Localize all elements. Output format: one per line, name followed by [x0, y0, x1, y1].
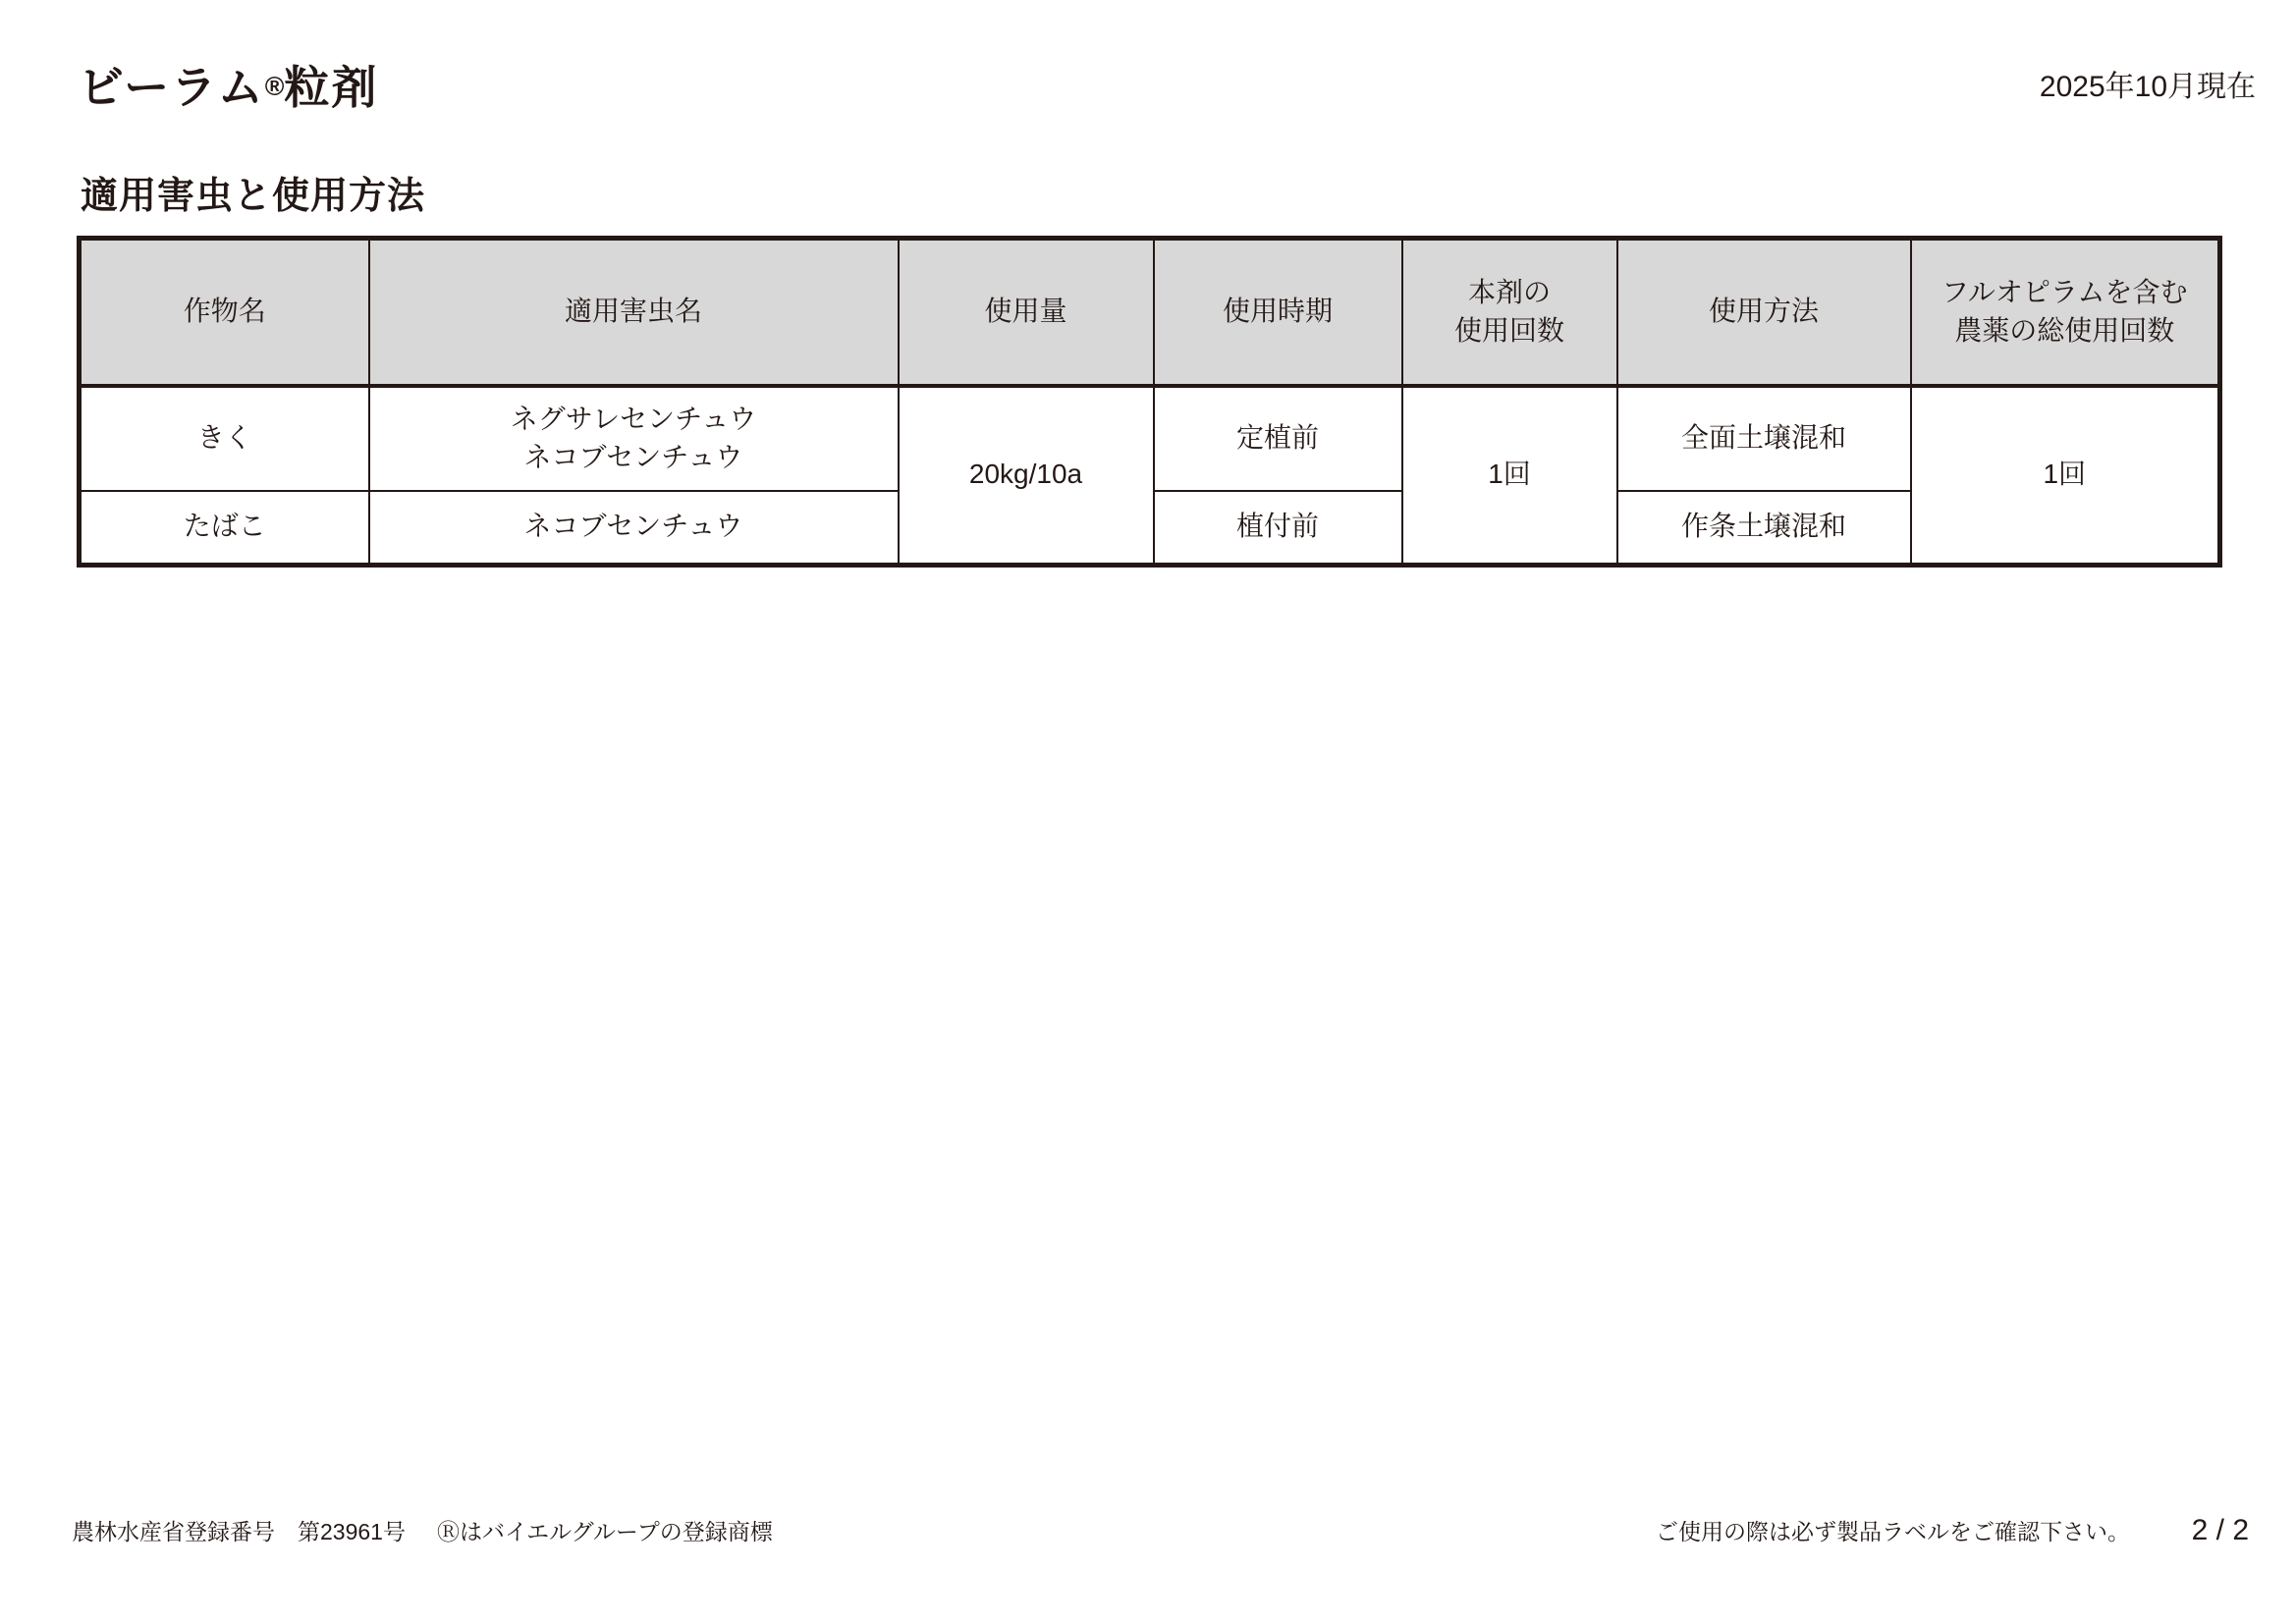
col-header-dosage: 使用量	[899, 239, 1154, 386]
col-header-product-use-count: 本剤の 使用回数	[1402, 239, 1617, 386]
usage-table: 作物名 適用害虫名 使用量 使用時期 本剤の 使用回数 使用方法 フルオピラムを…	[77, 236, 2222, 568]
label-confirmation-note: ご使用の際は必ず製品ラベルをご確認下さい。	[1656, 1521, 2130, 1543]
page-title: ビーラム®粒剤	[79, 65, 378, 110]
cell-dosage-merged: 20kg/10a	[899, 386, 1154, 566]
cell-total-use-count-merged: 1回	[1911, 386, 2220, 566]
cell-crop-row1: きく	[80, 386, 369, 491]
usage-table-header: 作物名 適用害虫名 使用量 使用時期 本剤の 使用回数 使用方法 フルオピラムを…	[80, 239, 2220, 386]
date-note: 2025年10月現在	[2040, 73, 2256, 102]
cell-timing-row2: 植付前	[1154, 491, 1402, 566]
col-header-total-use-count: フルオピラムを含む 農薬の総使用回数	[1911, 239, 2220, 386]
col-header-method: 使用方法	[1617, 239, 1911, 386]
cell-timing-row1: 定植前	[1154, 386, 1402, 491]
cell-method-row2: 作条土壌混和	[1617, 491, 1911, 566]
usage-table-body: きく ネグサレセンチュウ ネコブセンチュウ 20kg/10a 定植前 1回 全面…	[80, 386, 2220, 566]
cell-product-use-count-merged: 1回	[1402, 386, 1617, 566]
section-heading: 適用害虫と使用方法	[81, 177, 425, 218]
page-number: 2 / 2	[2192, 1516, 2249, 1545]
cell-crop-row2: たばこ	[80, 491, 369, 566]
col-header-timing: 使用時期	[1154, 239, 1402, 386]
header-row: 作物名 適用害虫名 使用量 使用時期 本剤の 使用回数 使用方法 フルオピラムを…	[80, 239, 2220, 386]
registration-number: 農林水産省登録番号 第23961号	[72, 1521, 406, 1543]
col-header-crop: 作物名	[80, 239, 369, 386]
document-page: ビーラム®粒剤 2025年10月現在 適用害虫と使用方法 作物名 適用害虫名 使…	[0, 0, 2296, 1623]
col-header-pest: 適用害虫名	[369, 239, 899, 386]
product-name: ビーラム	[79, 62, 265, 113]
trademark-note: Ⓡはバイエルグループの登録商標	[437, 1521, 773, 1543]
registered-trademark-symbol: ®	[265, 72, 285, 101]
product-form: 粒剤	[284, 62, 378, 113]
cell-pests-row2: ネコブセンチュウ	[369, 491, 899, 566]
cell-method-row1: 全面土壌混和	[1617, 386, 1911, 491]
cell-pests-row1: ネグサレセンチュウ ネコブセンチュウ	[369, 386, 899, 491]
table-row-kiku: きく ネグサレセンチュウ ネコブセンチュウ 20kg/10a 定植前 1回 全面…	[80, 386, 2220, 491]
